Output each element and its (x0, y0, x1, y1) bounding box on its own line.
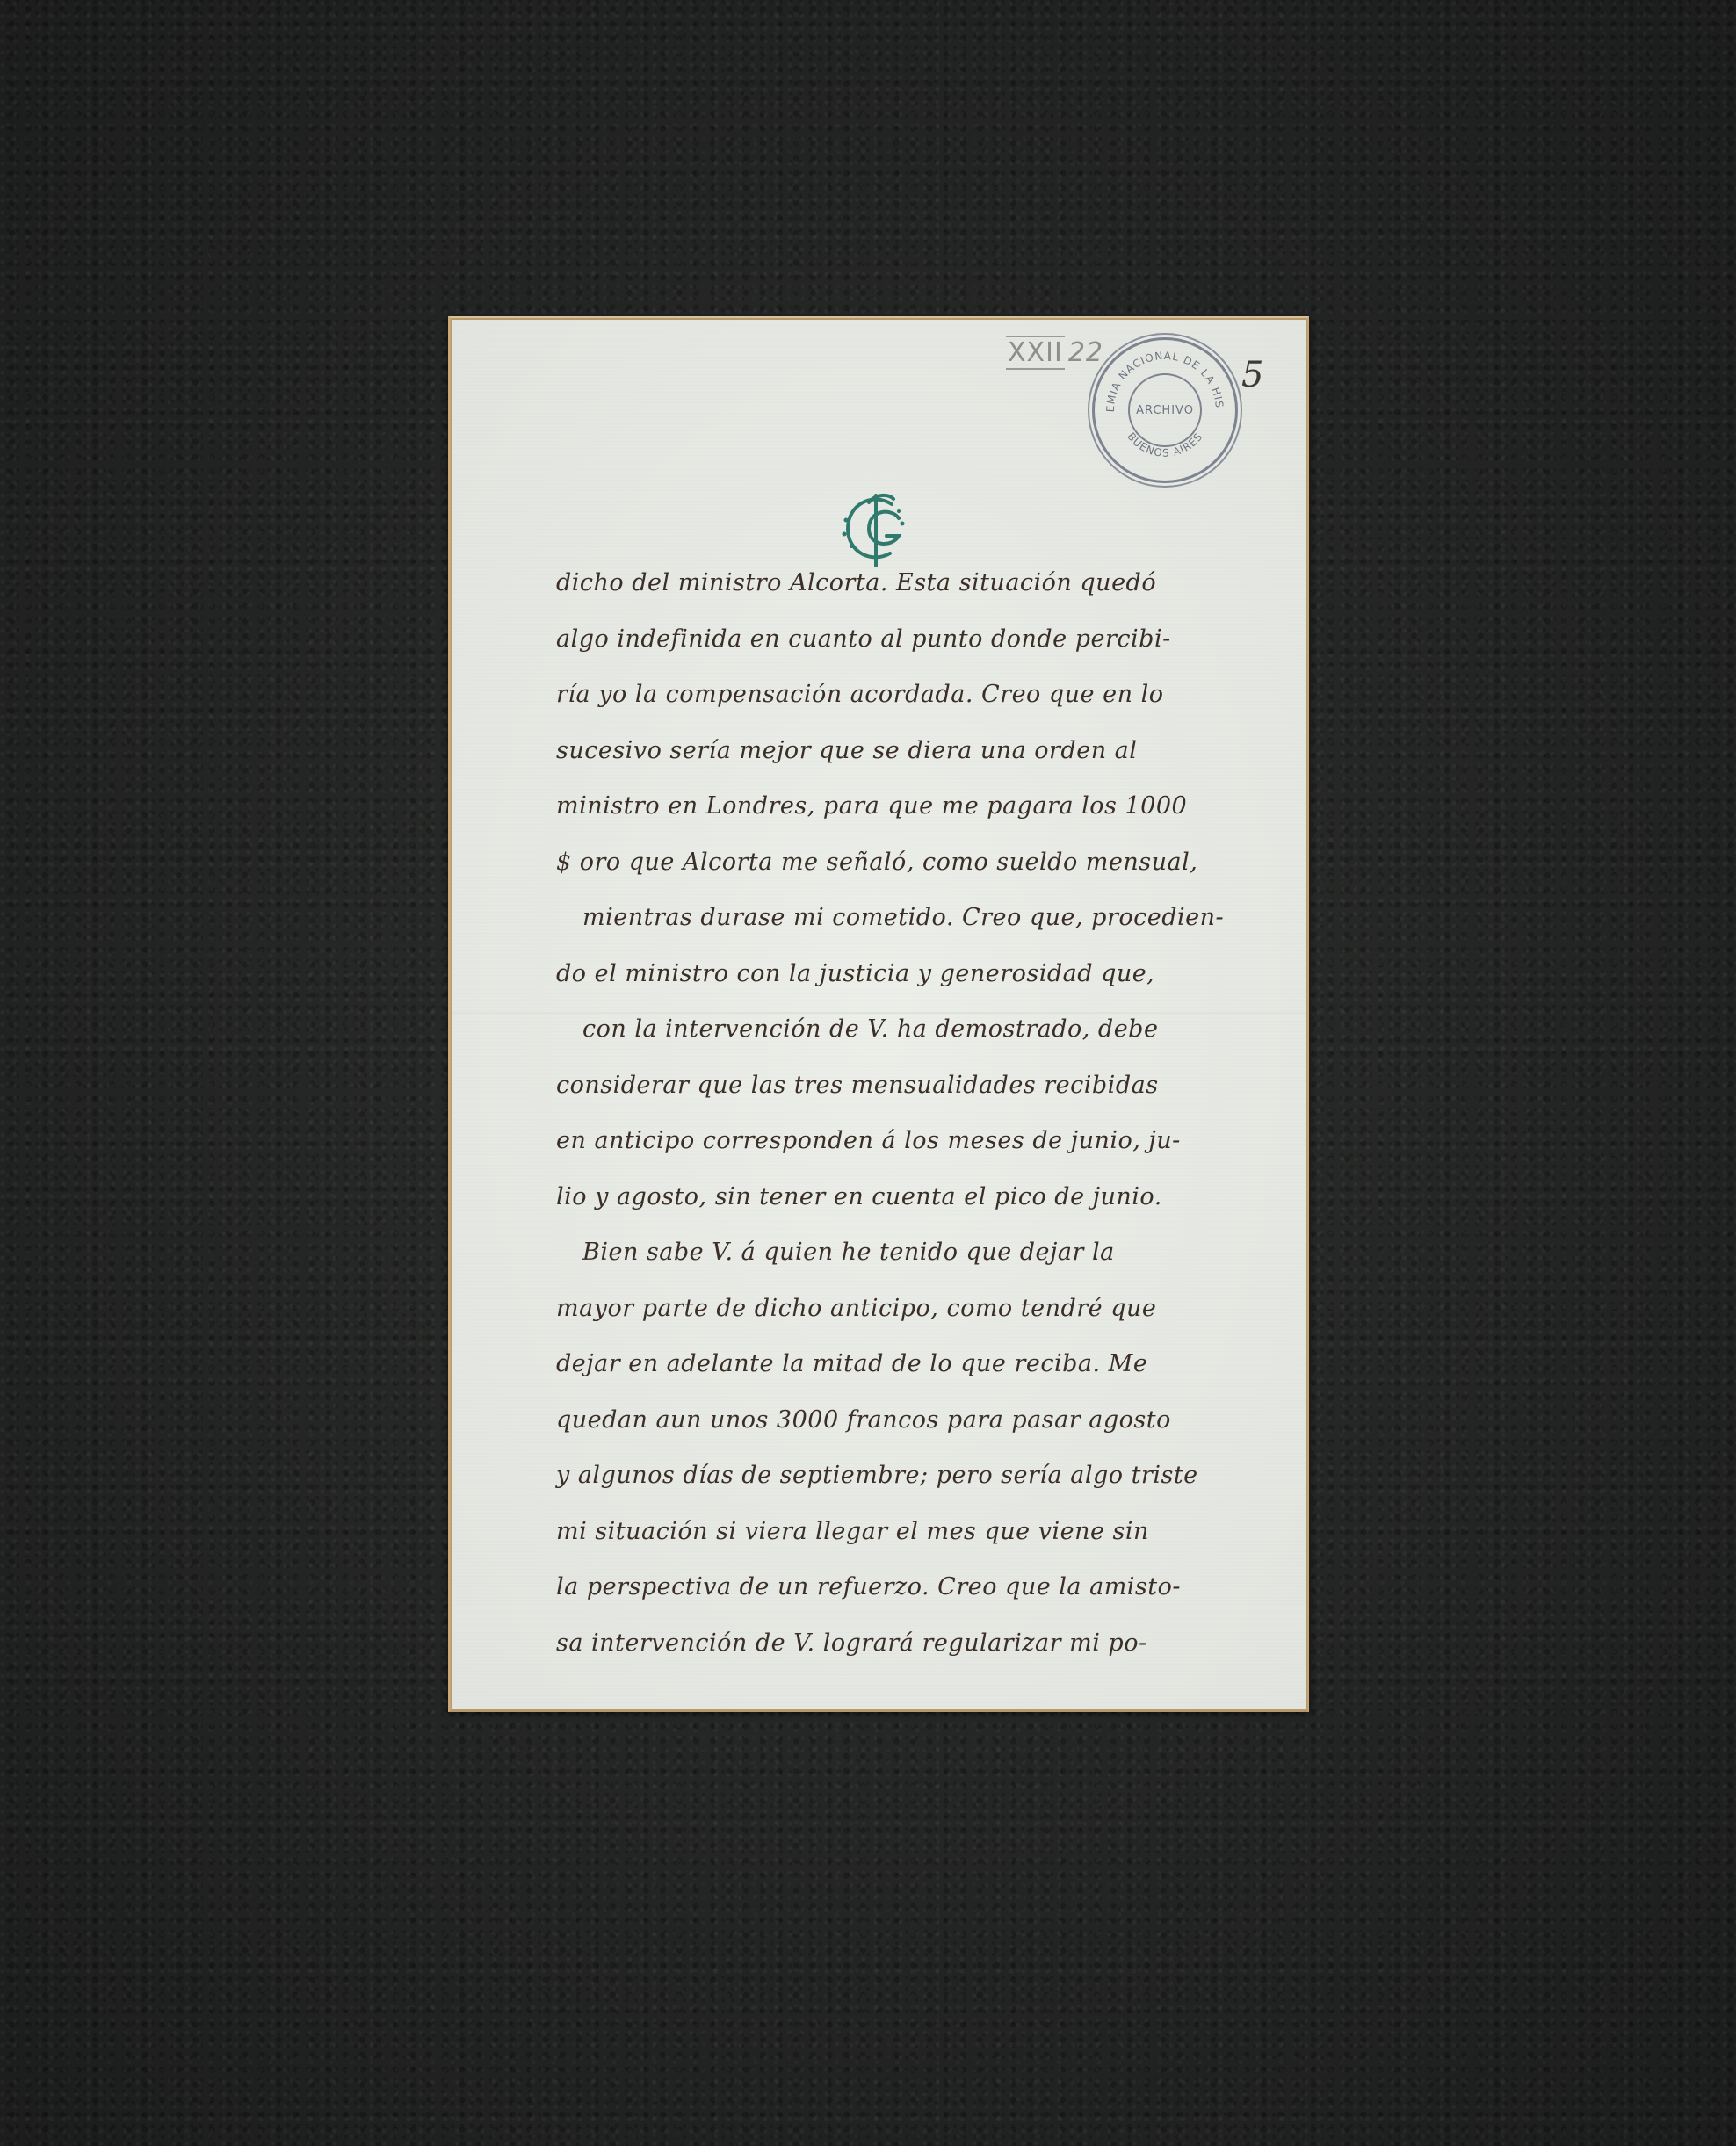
letter-line: dicho del ministro Alcorta. Esta situaci… (556, 555, 1277, 611)
letter-line: mayor parte de dicho anticipo, como tend… (556, 1281, 1277, 1337)
letter-line: sa intervención de V. logrará regulariza… (556, 1615, 1277, 1672)
letter-line: quedan aun unos 3000 francos para pasar … (556, 1392, 1277, 1449)
letter-line: sucesivo sería mejor que se diera una or… (556, 723, 1277, 779)
letter-line: ría yo la compensación acordada. Creo qu… (556, 667, 1277, 723)
letter-line: mientras durase mi cometido. Creo que, p… (556, 890, 1277, 946)
letter-line: en anticipo corresponden á los meses de … (556, 1113, 1277, 1169)
letter-line: mi situación si viera llegar el mes que … (556, 1504, 1277, 1560)
letter-line: ministro en Londres, para que me pagara … (556, 778, 1277, 835)
letter-line: Bien sabe V. á quien he tenido que dejar… (556, 1225, 1277, 1281)
letter-line: considerar que las tres mensualidades re… (556, 1058, 1277, 1114)
stamp-center-text: ARCHIVO (1128, 373, 1202, 447)
letter-line: con la intervención de V. ha demostrado,… (556, 1001, 1277, 1058)
letter-line: y algunos días de septiembre; pero sería… (556, 1448, 1277, 1504)
letter-line: $ oro que Alcorta me señaló, como sueldo… (556, 835, 1277, 891)
archive-stamp: ACADEMIA NACIONAL DE LA HISTORIA BUENOS … (1092, 337, 1238, 483)
letter-page: XXII22 ACADEMIA NACIONAL DE LA HISTORIA … (448, 316, 1309, 1712)
letter-line: do el ministro con la justicia y generos… (556, 946, 1277, 1002)
folio-number: 5 (1241, 355, 1263, 395)
archive-reference-roman: XXII (1006, 336, 1065, 370)
archive-reference: XXII22 (1006, 337, 1103, 368)
letter-line: lio y agosto, sin tener en cuenta el pic… (556, 1169, 1277, 1225)
letter-line: la perspectiva de un refuerzo. Creo que … (556, 1559, 1277, 1615)
letter-body: dicho del ministro Alcorta. Esta situaci… (556, 555, 1277, 1671)
letter-line: algo indefinida en cuanto al punto donde… (556, 611, 1277, 668)
letter-line: dejar en adelante la mitad de lo que rec… (556, 1336, 1277, 1392)
